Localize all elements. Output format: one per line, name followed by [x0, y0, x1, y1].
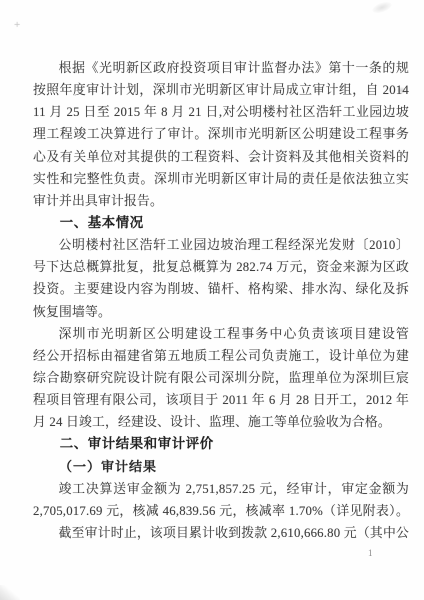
paragraph-line: 恢复围墙等。 [33, 301, 409, 323]
paragraph-line: 经公开招标由福建省第五地质工程公司负责施工，设计单位为建设 [33, 345, 409, 367]
paragraph-line: 理工程竣工决算进行了审计。深圳市光明新区公明建设工程事务中 [33, 123, 409, 145]
paragraph-line: 实性和完整性负责。深圳市光明新区审计局的责任是依法独立实施 [33, 168, 409, 190]
scanned-document-page: + 根据《光明新区政府投资项目审计监督办法》第十一条的规定， 按照年度审计计划，… [0, 0, 424, 600]
subsection-heading-audit-result: （一）审计结果 [33, 456, 409, 478]
document-body: 根据《光明新区政府投资项目审计监督办法》第十一条的规定， 按照年度审计计划，深圳… [33, 57, 409, 544]
paragraph-line: 竣工决算送审金额为 2,751,857.25 元，经审计，审定金额为 [33, 478, 409, 500]
paragraph-line: 深圳市光明新区公明建设工程事务中心负责该项目建设管理， [33, 323, 409, 345]
paragraph-line: 截至审计时止，该项目累计收到拨款 2,610,666.80 元（其中公 [33, 522, 409, 544]
paragraph-line: 2,705,017.69 元，核减 46,839.56 元，核减率 1.70%（… [33, 500, 409, 522]
section-heading-basic-info: 一、基本情况 [33, 212, 409, 234]
scan-smudge [371, 0, 393, 15]
paragraph-line: 公明楼村社区浩轩工业园边坡治理工程经深光发财〔2010〕199 [33, 234, 409, 256]
paragraph-line: 月 24 日竣工，经建设、设计、监理、施工等单位验收为合格。 [33, 411, 409, 433]
page-number: 1 [368, 548, 373, 558]
section-heading-audit-results: 二、审计结果和审计评价 [33, 433, 409, 455]
paragraph-line: 11 月 25 日至 2015 年 8 月 21 日,对公明楼村社区浩轩工业园边… [33, 101, 409, 123]
paragraph-line: 综合勘察研究院设计院有限公司深圳分院，监理单位为深圳巨宸工 [33, 367, 409, 389]
paragraph-line: 号下达总概算批复，批复总概算为 282.74 万元，资金来源为区政府 [33, 256, 409, 278]
scan-cross-mark: + [14, 19, 20, 31]
scan-corner-smudge [0, 585, 20, 600]
paragraph-line: 根据《光明新区政府投资项目审计监督办法》第十一条的规定， [33, 57, 409, 79]
paragraph-line: 投资。主要建设内容为削坡、锚杆、格构梁、排水沟、绿化及拆除 [33, 278, 409, 300]
paragraph-line: 审计并出具审计报告。 [33, 190, 409, 212]
paragraph-line: 按照年度审计计划，深圳市光明新区审计局成立审计组，自 2014 年 [33, 79, 409, 101]
paragraph-line: 心及有关单位对其提供的工程资料、会计资料及其他相关资料的真 [33, 146, 409, 168]
paragraph-line: 程项目管理有限公司，该项目于 2011 年 6 月 28 日开工，2012 年 … [33, 389, 409, 411]
